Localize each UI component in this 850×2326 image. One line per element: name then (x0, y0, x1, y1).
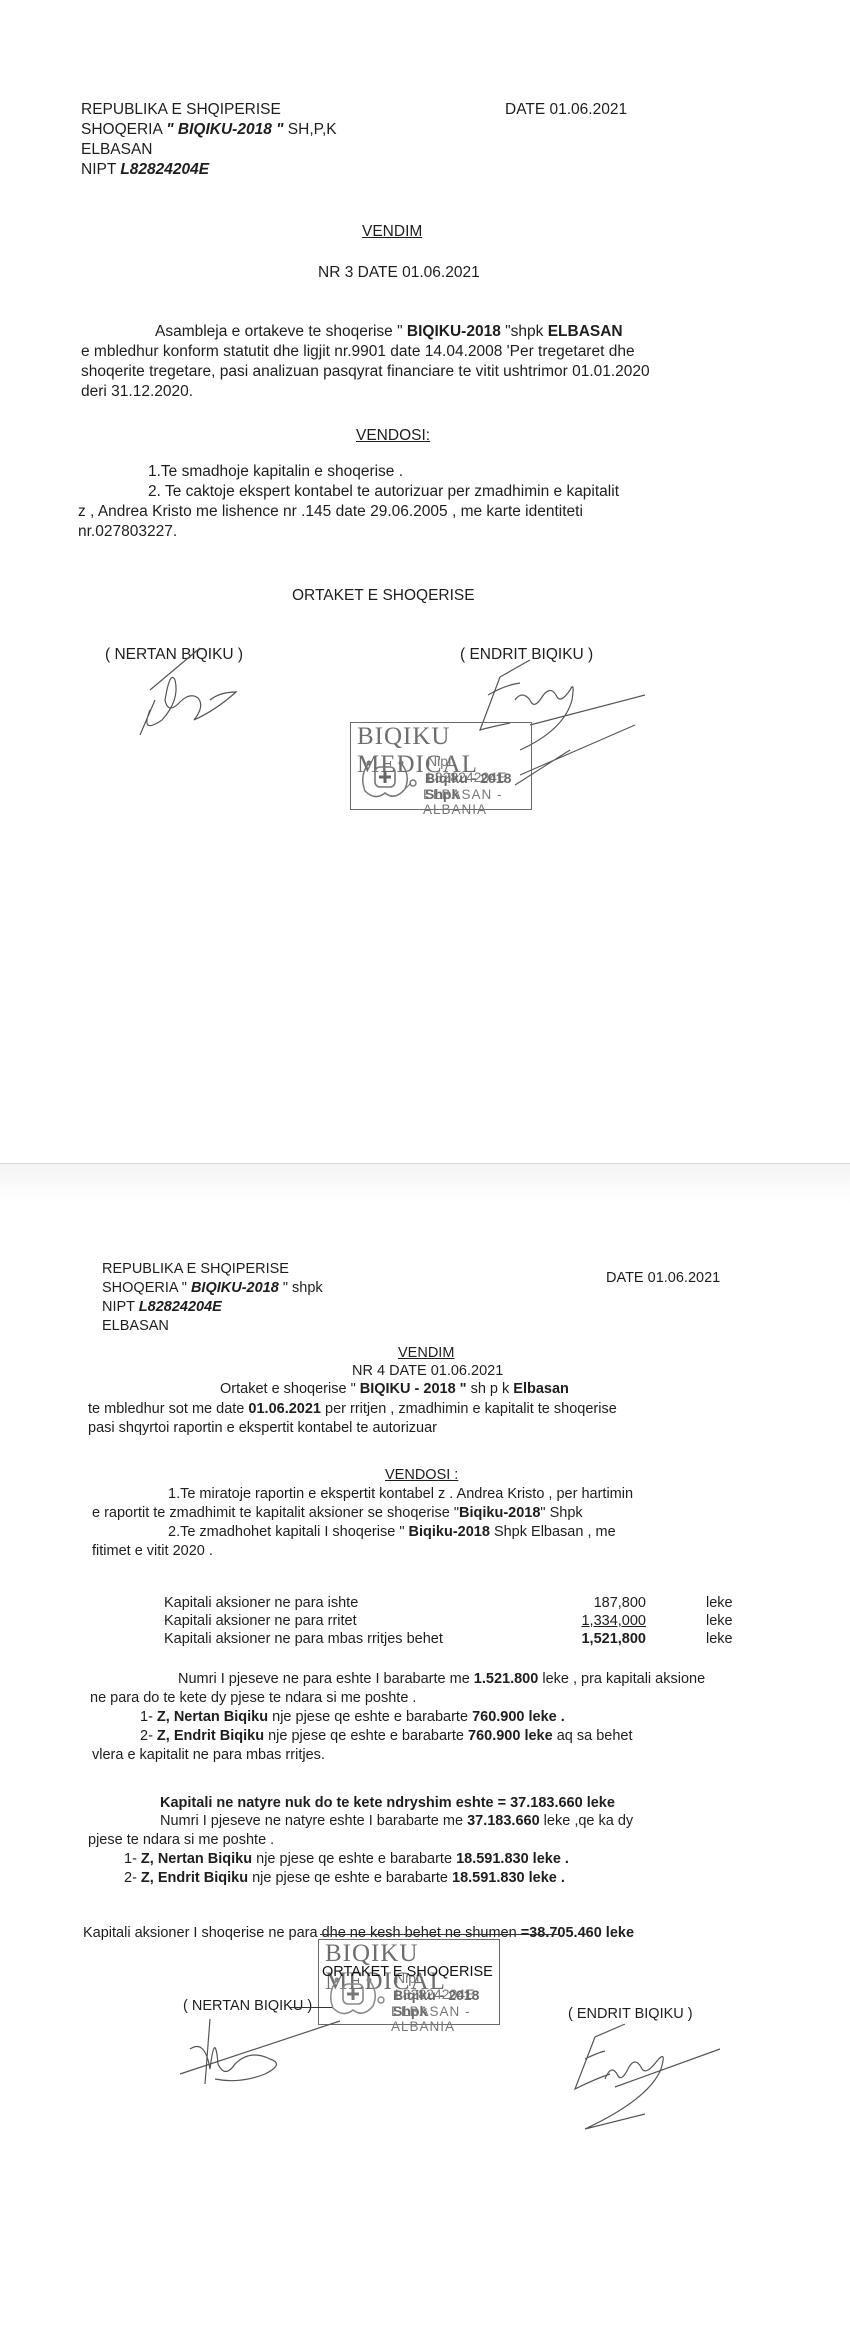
capital-row-amount: 1,521,800 (560, 1630, 646, 1649)
decides-heading: VENDOSI: (356, 426, 430, 446)
inkind-line-1: Numri I pjeseve ne natyre eshte I baraba… (160, 1812, 633, 1831)
decision-item-1: 1.Te smadhoje kapitalin e shoqerise . (148, 462, 403, 482)
header-company: SHOQERIA " BIQIKU-2018 " SH,P,K (81, 120, 337, 140)
header-company: SHOQERIA " BIQIKU-2018 " shpk (102, 1279, 323, 1298)
document-title: VENDIM (362, 222, 422, 242)
header-date: DATE 01.06.2021 (606, 1269, 720, 1288)
signature-nertan (170, 2009, 370, 2089)
page-1: REPUBLIKA E SHQIPERISE SHOQERIA " BIQIKU… (0, 0, 850, 1163)
nipt-value: L82824204E (120, 161, 209, 178)
header-nipt: NIPT L82824204E (102, 1298, 222, 1317)
decision-item-2-cont2: nr.027803227. (78, 522, 177, 542)
partners-heading: ORTAKET E SHOQERISE (322, 1963, 493, 1982)
capital-row-unit: leke (706, 1612, 733, 1631)
decides-heading: VENDOSI : (385, 1466, 458, 1485)
cash-share-partner-2: 2- Z, Endrit Biqiku nje pjese qe eshte e… (140, 1727, 633, 1746)
decision-1-line-1: 1.Te miratoje raportin e ekspertit konta… (168, 1485, 633, 1504)
intro-line-4: deri 31.12.2020. (81, 382, 193, 402)
document-title: VENDIM (398, 1344, 454, 1363)
company-stamp: BIQIKU MEDICAL Nipt. L82824204E Biqiku -… (350, 722, 532, 810)
inkind-line-2: pjese te ndara si me poshte . (88, 1831, 274, 1850)
signature-nertan (120, 640, 260, 740)
decision-1-line-2: e raportit te zmadhimit te kapitalit aks… (92, 1504, 583, 1523)
header-city: ELBASAN (81, 140, 153, 160)
intro-line-2: e mbledhur konform statutit dhe ligjit n… (81, 342, 635, 362)
header-city: ELBASAN (102, 1317, 169, 1336)
signature-stroke-over-name (290, 2007, 332, 2008)
cash-share-partner-1: 1- Z, Nertan Biqiku nje pjese qe eshte e… (140, 1708, 565, 1727)
cash-shares-line-1: Numri I pjeseve ne para eshte I barabart… (178, 1670, 705, 1689)
intro-line-1: Asambleja e ortakeve te shoqerise " BIQI… (155, 322, 623, 342)
document-number: NR 4 DATE 01.06.2021 (352, 1362, 503, 1381)
header-date: DATE 01.06.2021 (505, 100, 627, 120)
capital-row-amount: 1,334,000 (560, 1612, 646, 1631)
signature-endrit (545, 2019, 725, 2139)
nipt-value: L82824204E (139, 1299, 222, 1315)
header-republic: REPUBLIKA E SHQIPERISE (102, 1260, 289, 1279)
capital-row-unit: leke (706, 1630, 733, 1649)
capital-row-amount: 187,800 (560, 1594, 646, 1613)
cash-shares-line-2: ne para do te kete dy pjese te ndara si … (90, 1689, 416, 1708)
page-2: REPUBLIKA E SHQIPERISE SHOQERIA " BIQIKU… (0, 1163, 850, 2326)
cash-shares-line-end: vlera e kapitalit ne para mbas rritjes. (92, 1746, 325, 1765)
strikethrough-line (320, 1934, 560, 1935)
capital-row-label: Kapitali aksioner ne para mbas rritjes b… (164, 1630, 443, 1649)
intro-line-2: te mbledhur sot me date 01.06.2021 per r… (88, 1400, 617, 1419)
decision-2-line-2: fitimet e vitit 2020 . (92, 1542, 213, 1561)
inkind-heading: Kapitali ne natyre nuk do te kete ndrysh… (160, 1794, 615, 1813)
header-republic: REPUBLIKA E SHQIPERISE (81, 100, 281, 120)
company-name: BIQIKU-2018 (191, 1280, 279, 1296)
header-nipt: NIPT L82824204E (81, 160, 209, 180)
document-number: NR 3 DATE 01.06.2021 (318, 263, 480, 283)
inkind-partner-2: 2- Z, Endrit Biqiku nje pjese qe eshte e… (124, 1869, 565, 1888)
decision-item-2-cont: z , Andrea Kristo me lishence nr .145 da… (78, 502, 583, 522)
decision-item-2: 2. Te caktoje ekspert kontabel te autori… (148, 482, 619, 502)
capital-row-unit: leke (706, 1594, 733, 1613)
capital-row-label: Kapitali aksioner ne para rritet (164, 1612, 357, 1631)
intro-line-3: pasi shqyrtoi raportin e ekspertit konta… (88, 1419, 437, 1438)
intro-line-3: shoqerite tregetare, pasi analizuan pasq… (81, 362, 650, 382)
signature-stroke (510, 720, 640, 790)
inkind-partner-1: 1- Z, Nertan Biqiku nje pjese qe eshte e… (124, 1850, 569, 1869)
decision-2-line-1: 2.Te zmadhohet kapitali I shoqerise " Bi… (168, 1523, 616, 1542)
company-name: " BIQIKU-2018 " (166, 121, 283, 138)
partners-heading: ORTAKET E SHOQERISE (292, 586, 475, 606)
capital-row-label: Kapitali aksioner ne para ishte (164, 1594, 358, 1613)
medical-cross-stethoscope-icon (355, 753, 417, 801)
intro-line-1: Ortaket e shoqerise " BIQIKU - 2018 " sh… (220, 1380, 569, 1399)
